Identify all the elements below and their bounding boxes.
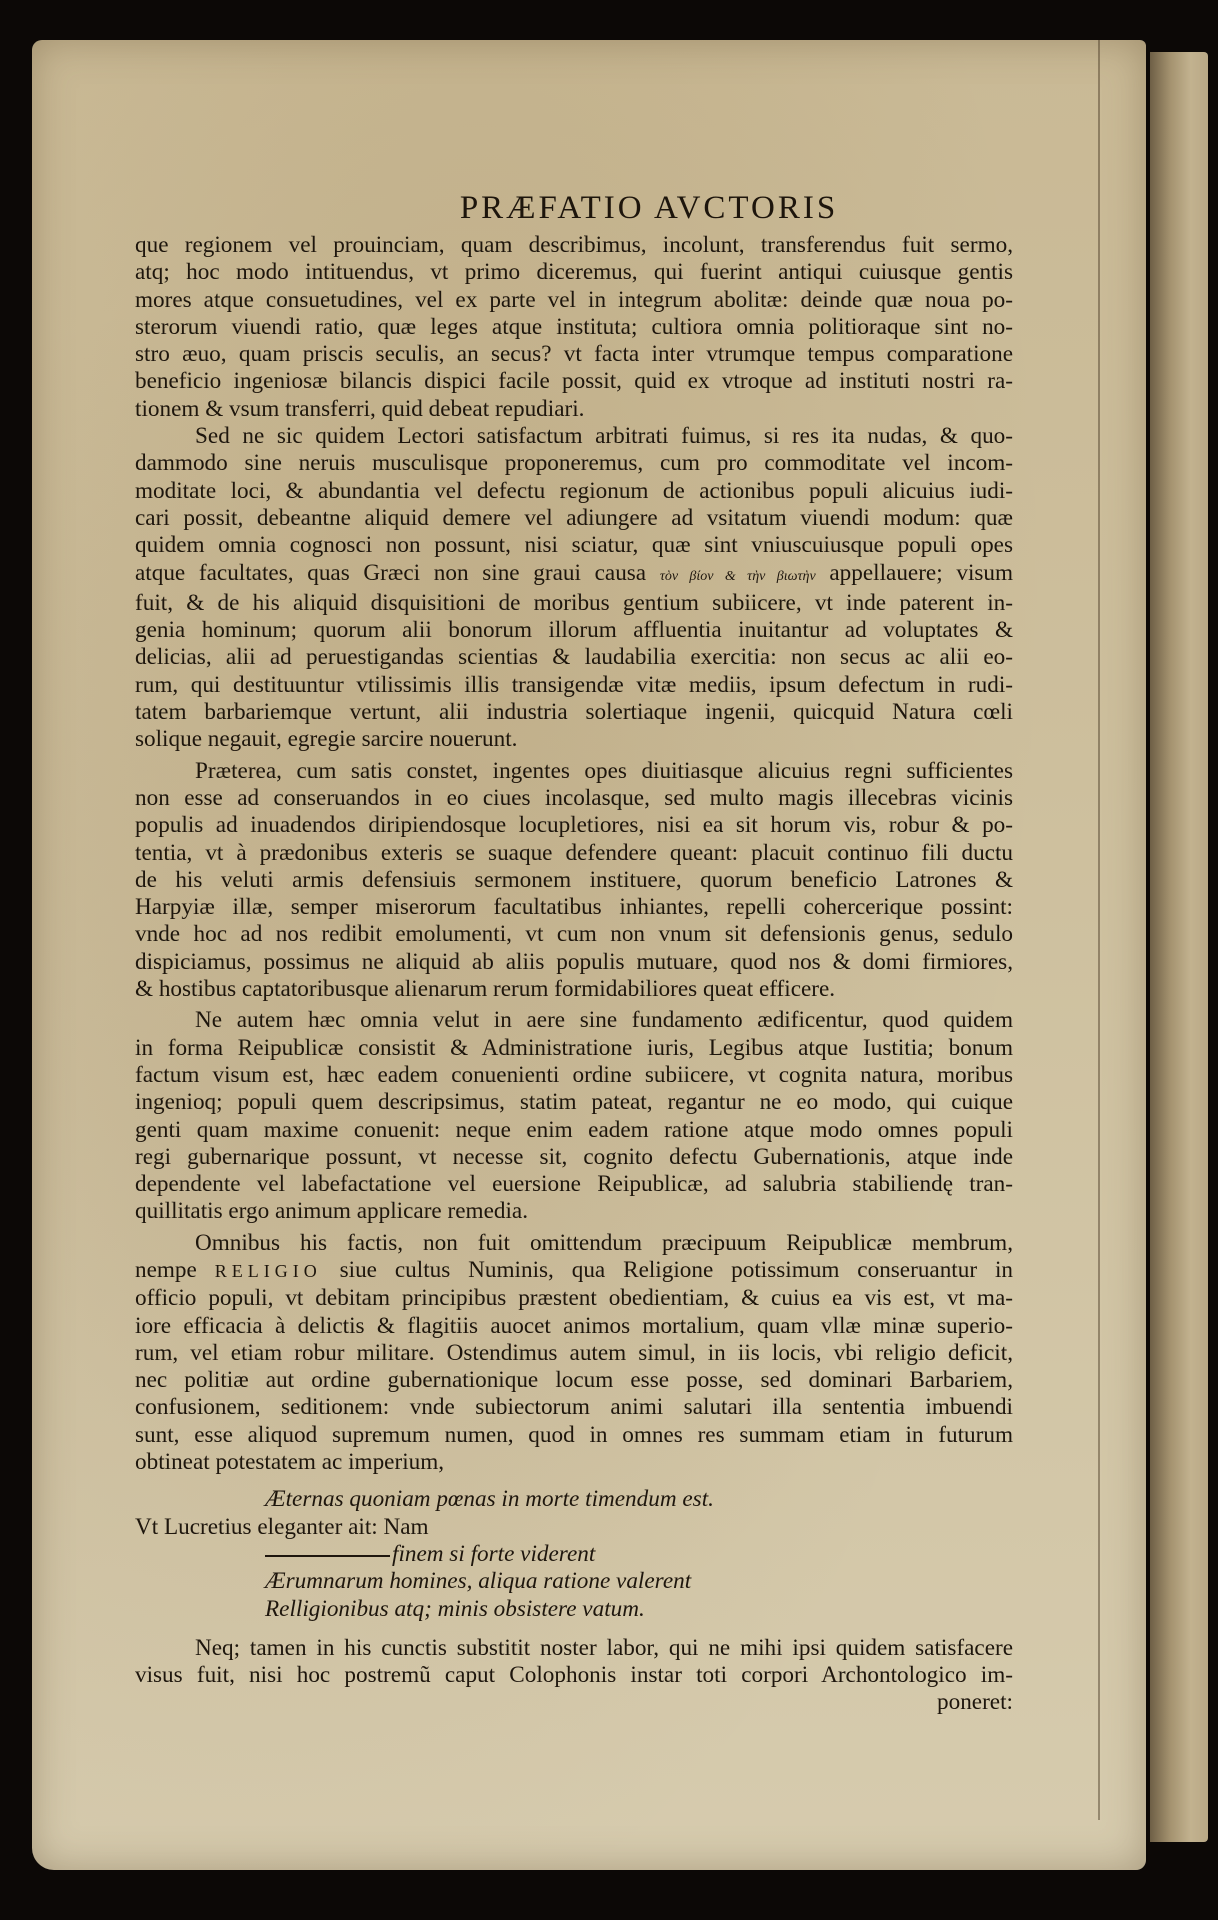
final-paragraph: Neq; tamen in his cunctis substitit nost… <box>135 1635 1013 1717</box>
greek-phrase: τὸν βίον & τὴν βιωτὴν <box>660 569 816 584</box>
text-line: genti quam maxime conuenit: neque enim e… <box>135 1117 1013 1144</box>
text-line: Neq; tamen in his cunctis substitit nost… <box>135 1635 1013 1662</box>
text-line: rum, vel etiam robur militare. Ostendimu… <box>135 1340 1013 1367</box>
text-line: Ne autem hæc omnia velut in aere sine fu… <box>135 1007 1013 1034</box>
text-line: mores atque consuetudines, vel ex parte … <box>135 287 1013 314</box>
paragraph-5: Omnibus his factis, non fuit omittendum … <box>135 1230 1013 1477</box>
text-line: de his veluti armis defensiuis sermonem … <box>135 867 1013 894</box>
paragraph-2: Sed ne sic quidem Lectori satisfactum ar… <box>135 423 1013 754</box>
verse-line: Ærumnarum homines, aliqua ratione valere… <box>135 1568 1013 1595</box>
text-line: dependente vel labefactatione vel euersi… <box>135 1171 1013 1198</box>
text-line: officio populi, vt debitam principibus p… <box>135 1285 1013 1312</box>
next-leaf-edge <box>1150 52 1208 1842</box>
text-line: sterorum viuendi ratio, quæ leges atque … <box>135 314 1013 341</box>
quotation-line: Æternas quoniam pœnas in morte timendum … <box>135 1486 1013 1513</box>
text-line: & hostibus captatoribusque alienarum rer… <box>135 976 1013 1003</box>
text-line: quillitatis ergo animum applicare remedi… <box>135 1198 1013 1225</box>
text-line-with-smallcaps: nempe RELIGIO siue cultus Numinis, qua R… <box>135 1257 1013 1285</box>
text-line: tentia, vt à prædonibus exteris se suaqu… <box>135 840 1013 867</box>
attribution-line: Vt Lucretius eleganter ait: Nam <box>135 1514 1013 1541</box>
text-segment: nempe <box>135 1257 197 1283</box>
page-body: que regionem vel prouinciam, quam descri… <box>135 232 1013 1717</box>
text-line: dispiciamus, possimus ne aliquid ab alii… <box>135 949 1013 976</box>
text-line: regi gubernarique possunt, vt necesse si… <box>135 1144 1013 1171</box>
text-line: moditate loci, & abundantia vel defectu … <box>135 478 1013 505</box>
paragraph-4: Ne autem hæc omnia velut in aere sine fu… <box>135 1007 1013 1225</box>
text-line: sunt, esse aliquod supremum numen, quod … <box>135 1422 1013 1449</box>
text-segment: atque facultates, quas Græci non sine gr… <box>135 560 646 586</box>
text-line: in forma Reipublicæ consistit & Administ… <box>135 1035 1013 1062</box>
text-line: tatem barbariemque vertunt, alii industr… <box>135 699 1013 726</box>
text-line: obtineat potestatem ac imperium, <box>135 1449 1013 1476</box>
text-line: confusionem, seditionem: vnde subiectoru… <box>135 1394 1013 1421</box>
text-line: Præterea, cum satis constet, ingentes op… <box>135 758 1013 785</box>
text-line: quidem omnia cognosci non possunt, nisi … <box>135 532 1013 559</box>
text-line: solique negauit, egregie sarcire nouerun… <box>135 726 1013 753</box>
text-segment: siue cultus Numinis, qua Religione potis… <box>340 1257 1013 1283</box>
text-line: dammodo sine neruis musculisque proponer… <box>135 450 1013 477</box>
paragraph-3: Præterea, cum satis constet, ingentes op… <box>135 758 1013 1004</box>
verse-text: finem si forte viderent <box>392 1541 595 1567</box>
text-line: nec politiæ aut ordine gubernationique l… <box>135 1367 1013 1394</box>
verse-line: Relligionibus atq; minis obsistere vatum… <box>135 1596 1013 1623</box>
page-crease <box>1098 40 1100 1820</box>
text-line: fuit, & de his aliquid disquisitioni de … <box>135 590 1013 617</box>
text-line: populis ad inuadendos diripiendosque loc… <box>135 812 1013 839</box>
text-line: Harpyiæ illæ, semper miserorum facultati… <box>135 894 1013 921</box>
text-line-with-greek: atque facultates, quas Græci non sine gr… <box>135 560 1013 590</box>
running-header: PRÆFATIO AVCTORIS <box>0 190 1218 227</box>
text-line: rum, qui destituuntur vtilissimis illis … <box>135 672 1013 699</box>
text-line: delicias, alii ad peruestigandas scienti… <box>135 644 1013 671</box>
text-line: factum visum est, hæc eadem conuenienti … <box>135 1062 1013 1089</box>
text-line: vnde hoc ad nos redibit emolumenti, vt c… <box>135 921 1013 948</box>
text-line: ingenioq; populi quem descripsimus, stat… <box>135 1089 1013 1116</box>
text-line: tionem & vsum transferri, quid debeat re… <box>135 396 1013 423</box>
text-segment: appellauere; visum <box>829 560 1013 586</box>
text-line: Omnibus his factis, non fuit omittendum … <box>135 1230 1013 1257</box>
religio-smallcaps: RELIGIO <box>215 1261 322 1281</box>
text-line: non esse ad conseruandos in eo ciues inc… <box>135 785 1013 812</box>
text-line: atq; hoc modo intituendus, vt primo dice… <box>135 259 1013 286</box>
verse-line: finem si forte viderent <box>135 1541 1013 1568</box>
verse-dash <box>265 1555 390 1557</box>
text-line: genia hominum; quorum alii bonorum illor… <box>135 617 1013 644</box>
closing-word: poneret: <box>135 1689 1013 1716</box>
text-line: iore efficacia à delictis & flagitiis au… <box>135 1313 1013 1340</box>
text-line: Sed ne sic quidem Lectori satisfactum ar… <box>135 423 1013 450</box>
text-line: visus fuit, nisi hoc postremũ caput Colo… <box>135 1662 1013 1689</box>
paragraph-1: que regionem vel prouinciam, quam descri… <box>135 232 1013 423</box>
text-line: que regionem vel prouinciam, quam descri… <box>135 232 1013 259</box>
text-line: beneficio ingeniosæ bilancis dispici fac… <box>135 368 1013 395</box>
text-line: stro æuo, quam priscis seculis, an secus… <box>135 341 1013 368</box>
text-line: cari possit, debeantne aliquid demere ve… <box>135 505 1013 532</box>
